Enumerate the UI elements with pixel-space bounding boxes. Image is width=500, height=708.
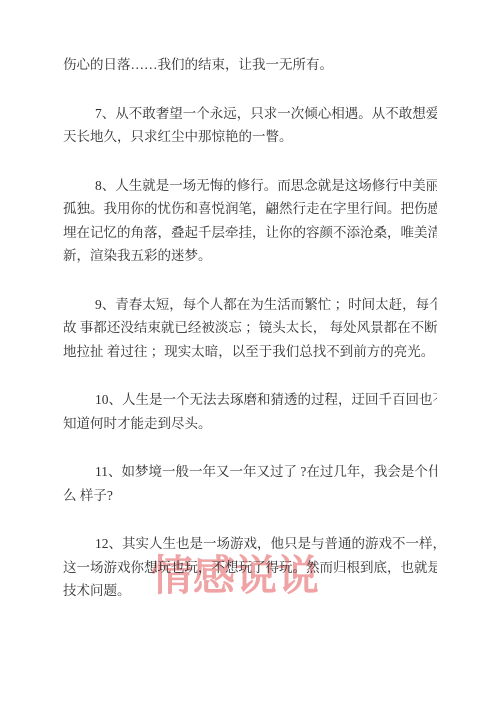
text-line: 11、如梦境一般一年又一年又过了 ?在过几年，我会是个什 [63,460,437,484]
document-body: 伤心的日落……我们的结束，让我一无所有。7、从不敢奢望一个永远，只求一次倾心相遇… [0,0,500,603]
text-line: 孤独。我用你的忧伤和喜悦润笔，翩然行走在字里行间。把伤感 [63,197,437,221]
text-line: 新，渲染我五彩的迷梦。 [63,244,437,268]
paragraph: 9、青春太短，每个人都在为生活而繁忙 ；时间太赶，每个故 事都还没结束就已经被淡… [63,293,437,364]
text-line: 12、其实人生也是一场游戏，他只是与普通的游戏不一样， [63,532,437,556]
document-page: 情感说说 伤心的日落……我们的结束，让我一无所有。7、从不敢奢望一个永远，只求一… [0,0,500,708]
text-line: 伤心的日落……我们的结束，让我一无所有。 [63,53,437,77]
text-line: 地拉扯 着过往 ；现实太暗，以至于我们总找不到前方的亮光。 [63,340,437,364]
text-line: 这一场游戏你想玩也玩，不想玩了得玩。然而归根到底，也就是 [63,556,437,580]
text-line: 知道何时才能走到尽头。 [63,412,437,436]
text-line: 么 样子? [63,484,437,508]
text-line: 技术问题。 [63,579,437,603]
paragraph: 12、其实人生也是一场游戏，他只是与普通的游戏不一样，这一场游戏你想玩也玩，不想… [63,532,437,603]
paragraph: 8、人生就是一场无悔的修行。而思念就是这场修行中美丽的孤独。我用你的忧伤和喜悦润… [63,174,437,268]
text-line: 天长地久，只求红尘中那惊艳的一瞥。 [63,125,437,149]
text-line: 埋在记忆的角落，叠起千层牵挂，让你的容颜不添沧桑，唯美清 [63,221,437,245]
text-line: 10、人生是一个无法去琢磨和猜透的过程，迂回千百回也不 [63,388,437,412]
text-line: 8、人生就是一场无悔的修行。而思念就是这场修行中美丽的 [63,174,437,198]
paragraph: 7、从不敢奢望一个永远，只求一次倾心相遇。从不敢想爱会天长地久，只求红尘中那惊艳… [63,102,437,149]
text-line: 9、青春太短，每个人都在为生活而繁忙 ；时间太赶，每个 [63,293,437,317]
paragraph: 伤心的日落……我们的结束，让我一无所有。 [63,53,437,77]
paragraph: 11、如梦境一般一年又一年又过了 ?在过几年，我会是个什么 样子? [63,460,437,507]
paragraph: 10、人生是一个无法去琢磨和猜透的过程，迂回千百回也不知道何时才能走到尽头。 [63,388,437,435]
text-line: 7、从不敢奢望一个永远，只求一次倾心相遇。从不敢想爱会 [63,102,437,126]
text-line: 故 事都还没结束就已经被淡忘 ；镜头太长， 每处风景都在不断 [63,316,437,340]
